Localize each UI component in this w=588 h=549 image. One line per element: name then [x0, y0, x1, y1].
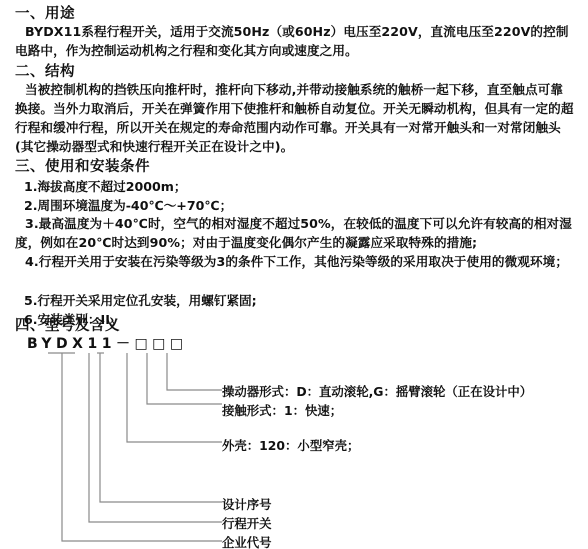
model-breakdown-diagram	[0, 0, 588, 549]
label-housing: 外壳：120：小型窄壳；	[222, 436, 359, 454]
switch-type-line	[89, 353, 222, 522]
contact-form-line	[147, 353, 222, 404]
label-switch-type: 行程开关	[222, 514, 272, 532]
housing-line	[127, 353, 222, 442]
label-actuator-form: 操动器形式：D：直动滚轮,G：摇臂滚轮（正在设计中）	[222, 382, 532, 400]
label-design-number: 设计序号	[222, 495, 272, 513]
label-company-code: 企业代号	[222, 533, 272, 549]
design-number-line	[100, 353, 222, 502]
company-code-line	[62, 353, 222, 541]
label-contact-form: 接触形式：1：快速；	[222, 401, 342, 419]
actuator-form-line	[167, 353, 222, 390]
